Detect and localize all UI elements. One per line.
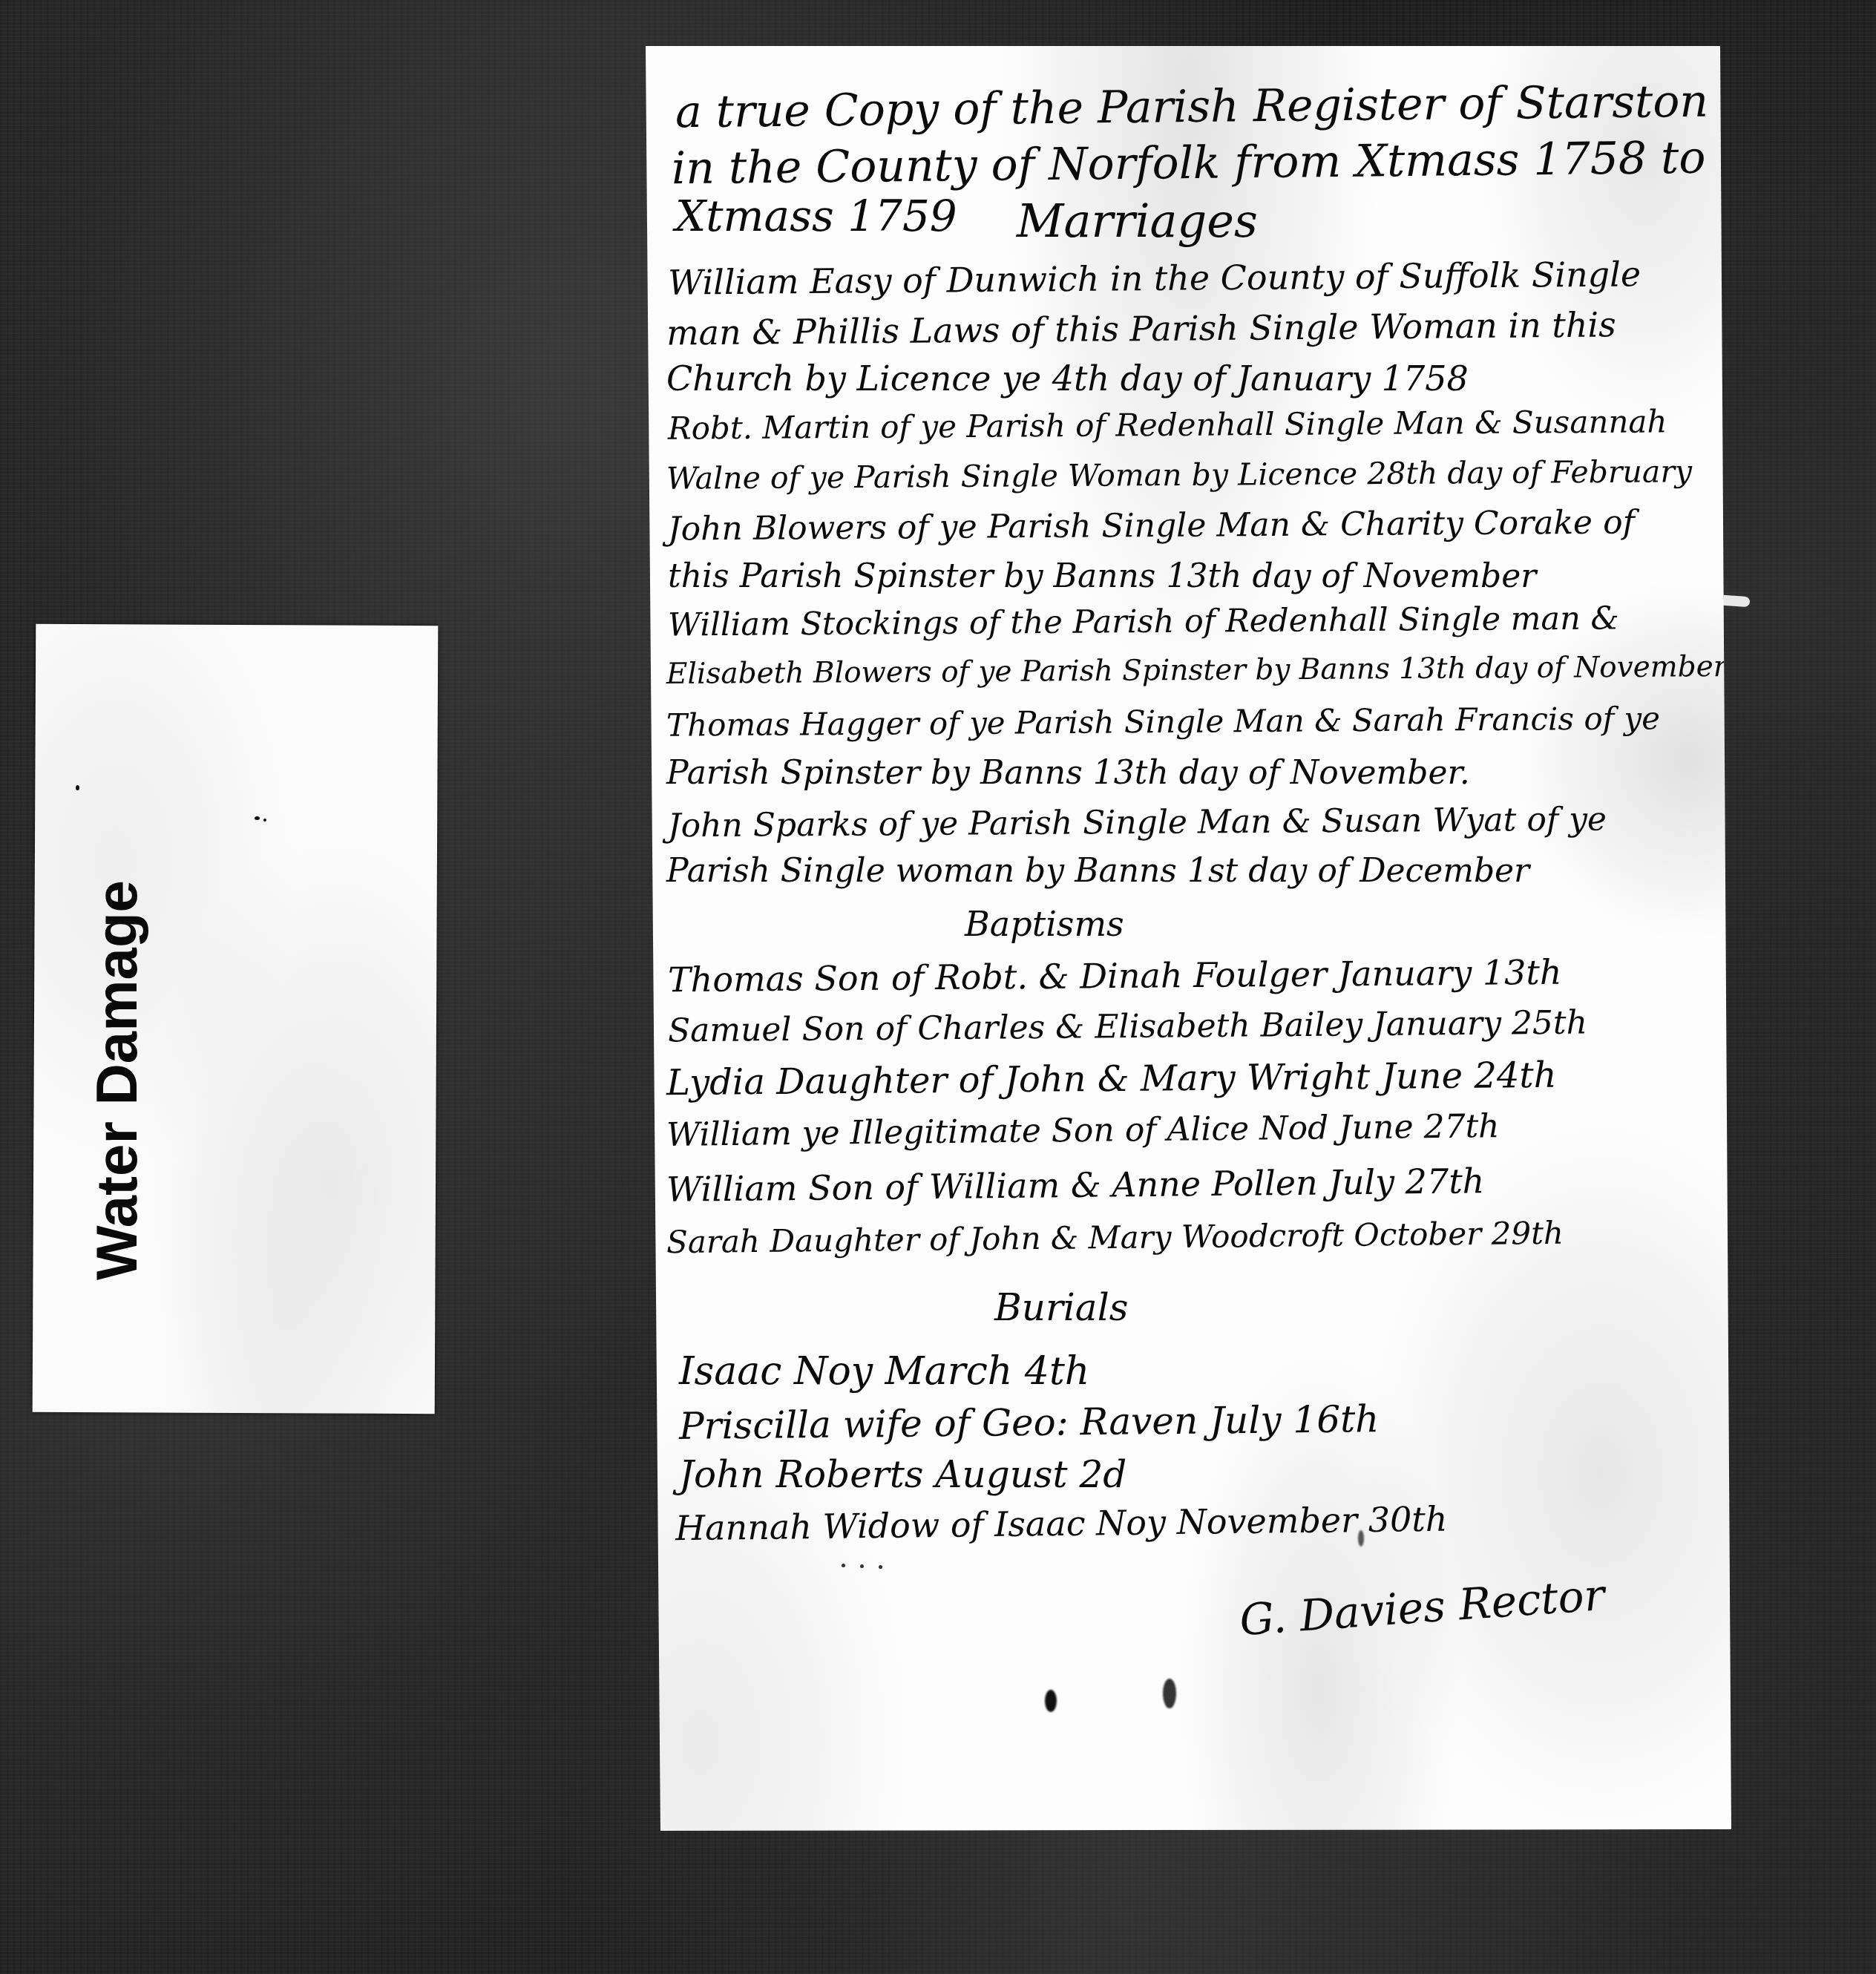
rector-signature: G. Davies Rector [1239, 1573, 1606, 1642]
marriage-line: Walne of ye Parish Single Woman by Licen… [666, 456, 1692, 494]
ink-blot [1045, 1690, 1057, 1712]
marriage-line: John Sparks of ye Parish Single Man & Su… [668, 804, 1607, 843]
register-title-line-2: in the County of Norfolk from Xtmass 175… [672, 136, 1706, 191]
baptism-line: Lydia Daughter of John & Mary Wright Jun… [666, 1057, 1557, 1101]
ink-dot [860, 1564, 864, 1568]
baptism-line: William Son of William & Anne Pollen Jul… [666, 1164, 1485, 1207]
ink-dot [879, 1565, 882, 1569]
marriage-line: Robt. Martin of ye Parish of Redenhall S… [668, 406, 1667, 444]
baptism-line: Sarah Daughter of John & Mary Woodcroft … [666, 1218, 1564, 1259]
label-speck [76, 785, 79, 790]
parish-register-page: a true Copy of the Parish Register of St… [646, 46, 1731, 1831]
marriage-line: Elisabeth Blowers of ye Parish Spinster … [666, 652, 1728, 689]
burial-line: Hannah Widow of Isaac Noy November 30th [675, 1502, 1448, 1546]
marriage-line: Parish Spinster by Banns 13th day of Nov… [666, 757, 1470, 790]
marriage-line: man & Phillis Laws of this Parish Single… [666, 307, 1616, 350]
marriage-line: Church by Licence ye 4th day of January … [666, 361, 1469, 396]
register-title-line-3: Xtmass 1759 [675, 194, 957, 237]
marriage-line: William Stockings of the Parish of Reden… [668, 603, 1619, 642]
burial-line: John Roberts August 2d [679, 1456, 1126, 1493]
ink-blot [1163, 1679, 1176, 1708]
marriages-heading: Marriages [1017, 198, 1258, 244]
marriage-line: William Easy of Dunwich in the County of… [668, 257, 1641, 299]
label-speck [255, 816, 260, 820]
baptism-line: Thomas Son of Robt. & Dinah Foulger Janu… [668, 955, 1562, 997]
water-damage-label-text: Water Damage [88, 880, 145, 1280]
baptism-line: Samuel Son of Charles & Elisabeth Bailey… [668, 1007, 1587, 1048]
ink-blot [1358, 1530, 1364, 1547]
burial-line: Priscilla wife of Geo: Raven July 16th [679, 1400, 1380, 1445]
baptisms-heading: Baptisms [965, 907, 1124, 941]
label-speck [263, 819, 266, 822]
marriage-line: this Parish Spinster by Banns 13th day o… [668, 560, 1536, 593]
marriage-line: Thomas Hagger of ye Parish Single Man & … [666, 703, 1660, 741]
page-edge-tab [1723, 595, 1751, 607]
burial-line: Isaac Noy March 4th [679, 1352, 1089, 1391]
marriage-line: John Blowers of ye Parish Single Man & C… [668, 506, 1635, 545]
marriage-line: Parish Single woman by Banns 1st day of … [666, 855, 1529, 888]
register-title-line-1: a true Copy of the Parish Register of St… [675, 79, 1709, 135]
burials-heading: Burials [994, 1289, 1128, 1326]
ink-dot [842, 1564, 845, 1567]
baptism-line: William ye Illegitimate Son of Alice Nod… [666, 1110, 1500, 1152]
